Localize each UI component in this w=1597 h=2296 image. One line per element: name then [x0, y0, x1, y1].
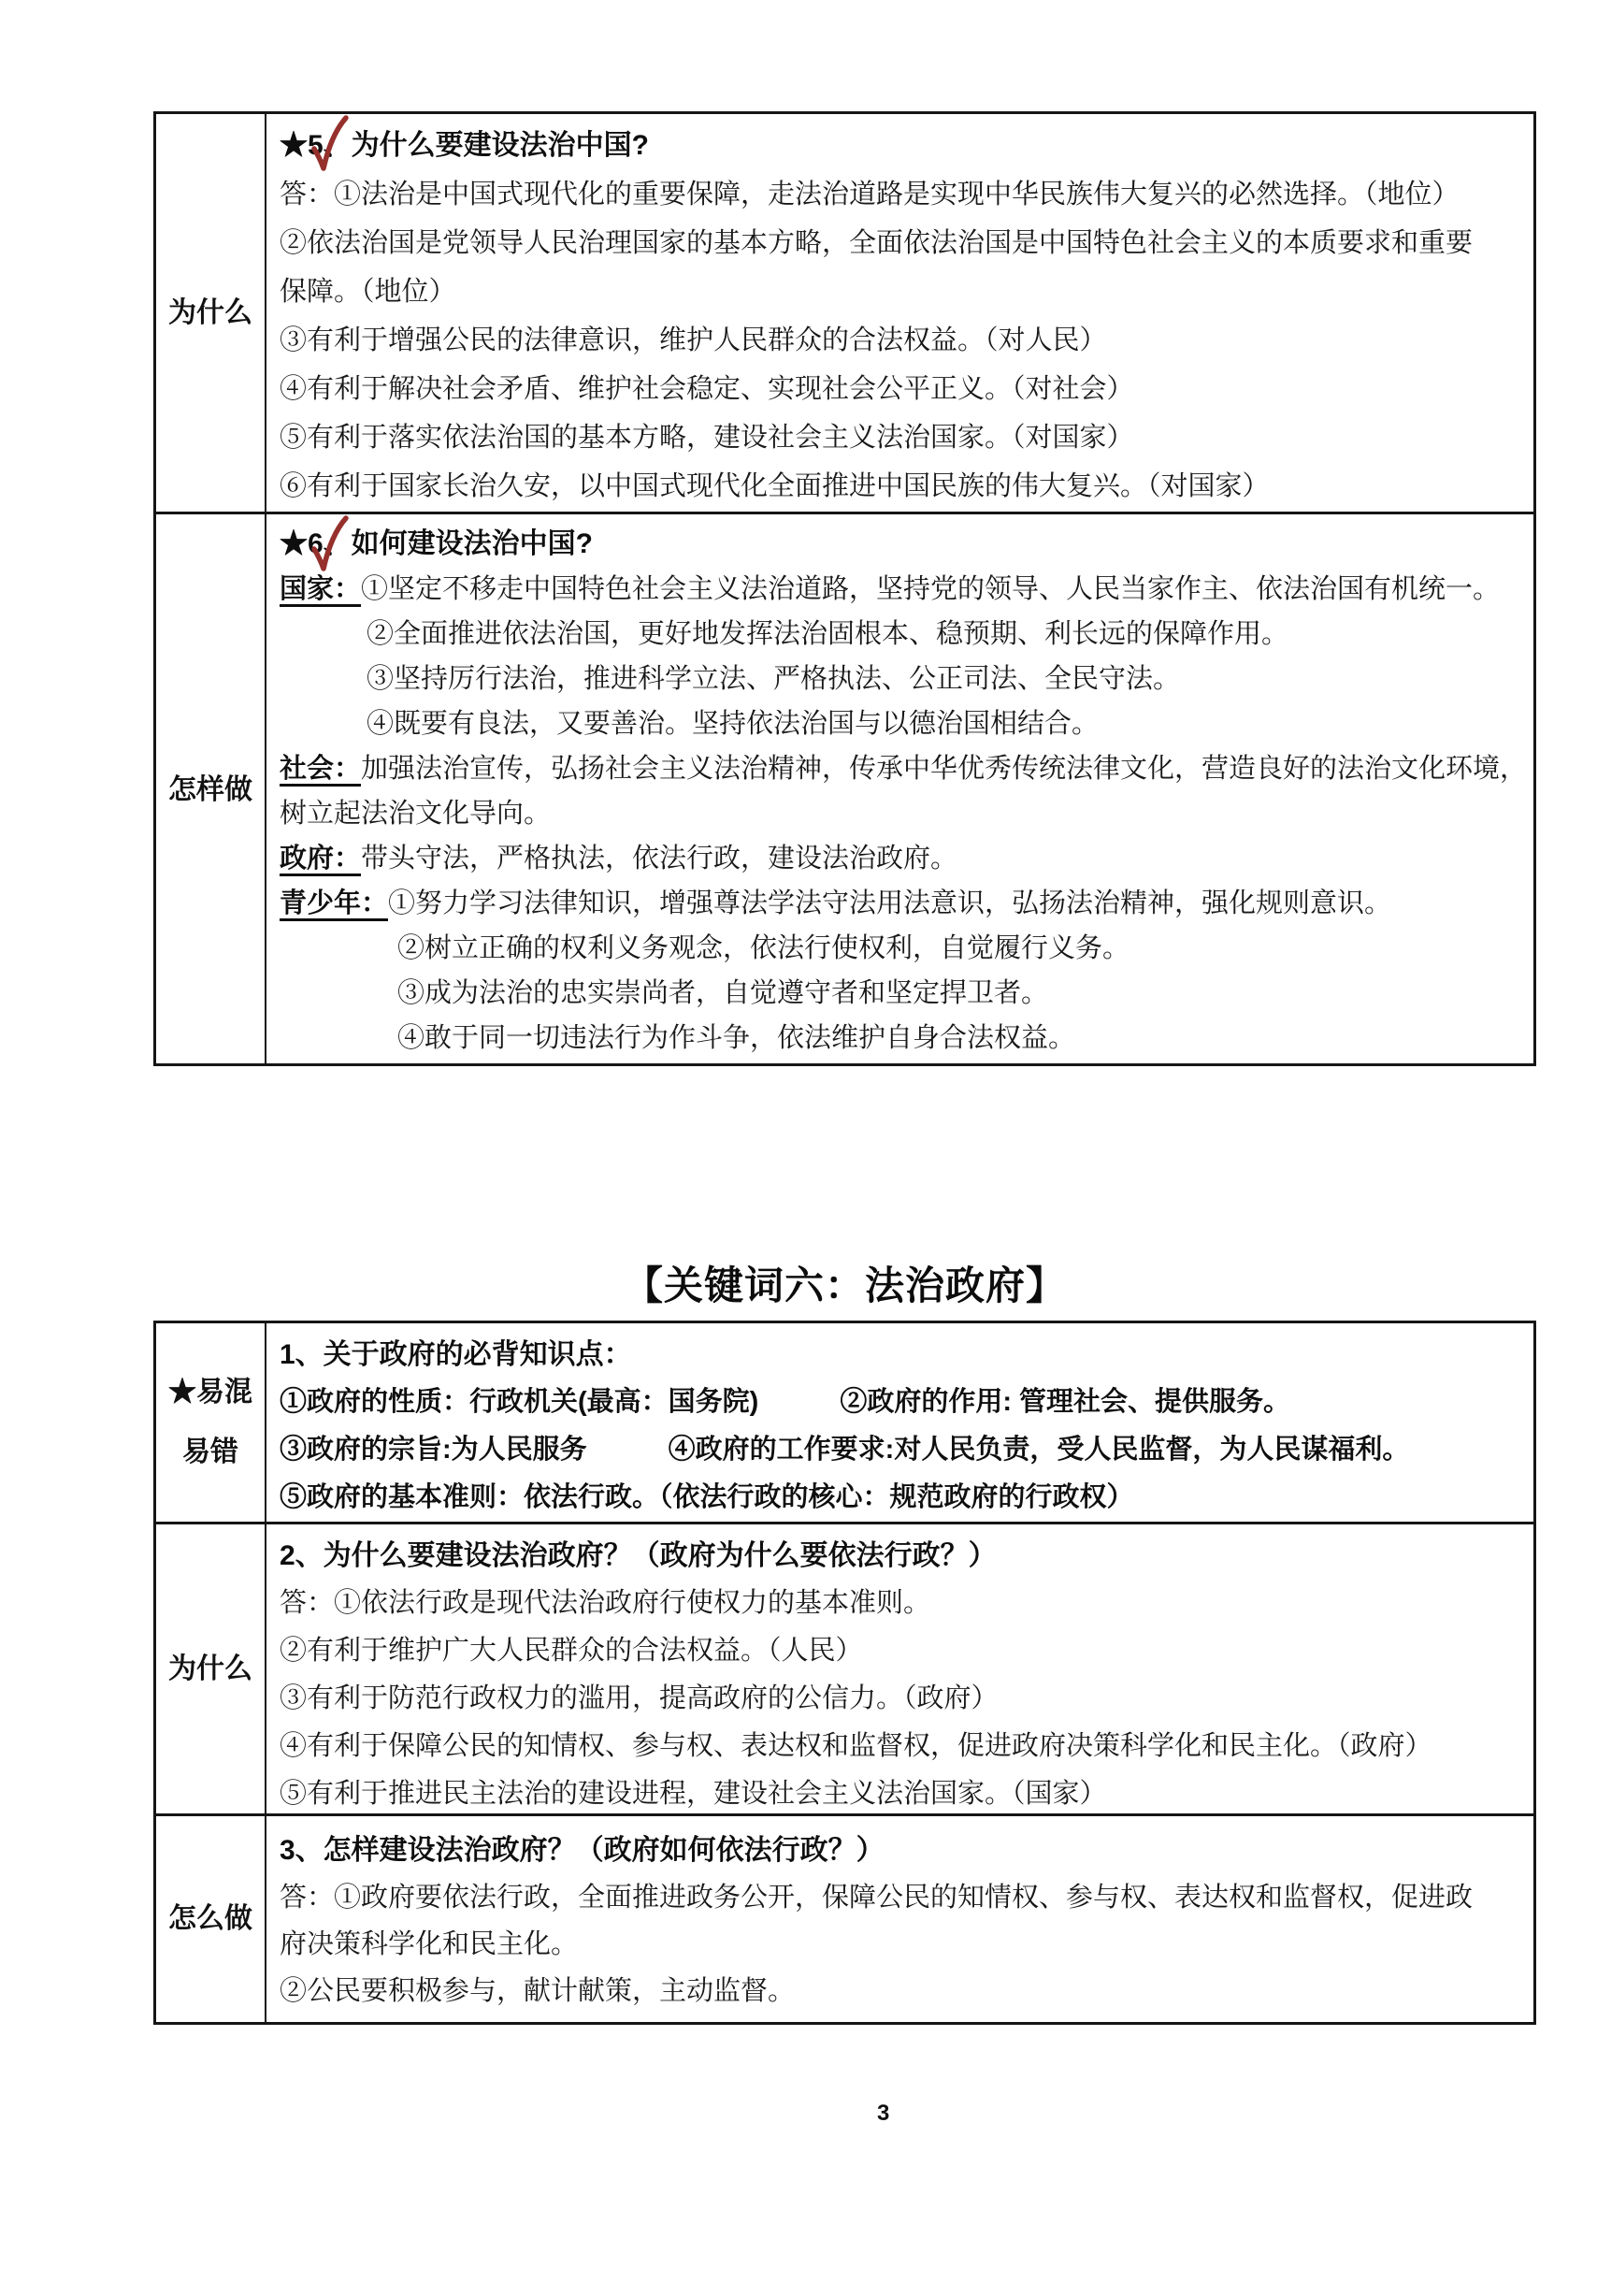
line-text: 树立起法治文化导向。: [280, 799, 551, 829]
line-text: 答：①依法行政是现代法治政府行使权力的基本准则。: [280, 1588, 930, 1618]
content-line: 政府：带头守法，严格执法，依法行政，建设法治政府。: [280, 836, 1530, 881]
line-text: ①坚定不移走中国特色社会主义法治道路，坚持党的领导、人民当家作主、依法治国有机统…: [361, 574, 1500, 604]
question-title: ★6、如何建设法治中国?: [280, 522, 1530, 567]
content-line: ③有利于增强公民的法律意识，维护人民群众的合法权益。（对人民）: [280, 316, 1530, 365]
line-text: 保障。（地位）: [280, 277, 456, 307]
line-text: ★5、为什么要建设法治中国?: [280, 130, 649, 161]
lead-label: 国家：: [280, 574, 361, 604]
content-line: 保障。（地位）: [280, 267, 1530, 316]
line-text: ③有利于增强公民的法律意识，维护人民群众的合法权益。（对人民）: [280, 325, 1107, 355]
line-text: ③有利于防范行政权力的滥用，提高政府的公信力。（政府）: [280, 1683, 999, 1713]
row-label-confusables: ★易混 易错: [156, 1323, 266, 1522]
content-line: ④有利于保障公民的知情权、参与权、表达权和监督权，促进政府决策科学化和民主化。（…: [280, 1723, 1530, 1770]
row-label-text: 为什么: [168, 1639, 252, 1699]
content-line: ③政府的宗旨:为人民服务 ④政府的工作要求:对人民负责，受人民监督，为人民谋福利…: [280, 1426, 1530, 1474]
content-line: ④有利于解决社会矛盾、维护社会稳定、实现社会公平正义。（对社会）: [280, 365, 1530, 413]
content-line: ②依法治国是党领导人民治理国家的基本方略，全面依法治国是中国特色社会主义的本质要…: [280, 219, 1530, 267]
row-content-how: ★6、如何建设法治中国?国家：①坚定不移走中国特色社会主义法治道路，坚持党的领导…: [266, 514, 1533, 1066]
content-line: ②树立正确的权利义务观念，依法行使权利，自觉履行义务。: [280, 926, 1530, 971]
content-line: ②公民要积极参与，献计献策，主动监督。: [280, 1968, 1530, 2014]
row-content-confusables: 1、关于政府的必背知识点：①政府的性质：行政机关(最高：国务院) ②政府的作用:…: [266, 1323, 1533, 1522]
content-line: ③有利于防范行政权力的滥用，提高政府的公信力。（政府）: [280, 1675, 1530, 1723]
line-text: ①努力学习法律知识，增强尊法学法守法用法意识，弘扬法治精神，强化规则意识。: [388, 888, 1391, 918]
row-label-text: 怎么做: [168, 1889, 252, 1949]
row-content-why: ★5、为什么要建设法治中国?答：①法治是中国式现代化的重要保障，走法治道路是实现…: [266, 114, 1533, 512]
line-text: ⑤有利于落实依法治国的基本方略，建设社会主义法治国家。（对国家）: [280, 423, 1134, 453]
line-text: ③坚持厉行法治，推进科学立法、严格执法、公正司法、全民守法。: [367, 664, 1180, 694]
line-text: 2、为什么要建设法治政府？（政府为什么要依法行政？）: [280, 1540, 997, 1571]
line-text: 1、关于政府的必背知识点：: [280, 1339, 632, 1370]
content-line: ③坚持厉行法治，推进科学立法、严格执法、公正司法、全民守法。: [280, 657, 1530, 701]
content-line: 社会：加强法治宣传，弘扬社会主义法治精神，传承中华优秀传统法律文化，营造良好的法…: [280, 746, 1530, 791]
row-content-how-gov: 3、怎样建设法治政府？（政府如何依法行政？）答：①政府要依法行政，全面推进政务公…: [266, 1816, 1533, 2022]
content-line: 答：①法治是中国式现代化的重要保障，走法治道路是实现中华民族伟大复兴的必然选择。…: [280, 170, 1530, 219]
question-title: ★5、为什么要建设法治中国?: [280, 122, 1530, 170]
content-line: 国家：①坚定不移走中国特色社会主义法治道路，坚持党的领导、人民当家作主、依法治国…: [280, 567, 1530, 612]
row-label-why: 为什么: [156, 114, 266, 512]
table-row-why-gov: 为什么 2、为什么要建设法治政府？（政府为什么要依法行政？）答：①依法行政是现代…: [156, 1524, 1533, 1816]
content-line: 树立起法治文化导向。: [280, 791, 1530, 836]
line-text: ④有利于保障公民的知情权、参与权、表达权和监督权，促进政府决策科学化和民主化。（…: [280, 1731, 1432, 1761]
section-heading: 【关键词六：法治政府】: [153, 1255, 1536, 1311]
row-label-text: 怎样做: [168, 760, 252, 820]
line-text: 府决策科学化和民主化。: [280, 1929, 578, 1959]
page-number: 3: [877, 2101, 889, 2127]
line-text: ②树立正确的权利义务观念，依法行使权利，自觉履行义务。: [397, 933, 1129, 963]
line-text: 带头守法，严格执法，依法行政，建设法治政府。: [361, 844, 957, 874]
question-title: 1、关于政府的必背知识点：: [280, 1331, 1530, 1379]
table-rule-of-law-government: ★易混 易错 1、关于政府的必背知识点：①政府的性质：行政机关(最高：国务院) …: [153, 1321, 1536, 2025]
document-page: 为什么 ★5、为什么要建设法治中国?答：①法治是中国式现代化的重要保障，走法治道…: [0, 0, 1597, 2296]
line-text: ④既要有良法，又要善治。坚持依法治国与以德治国相结合。: [367, 709, 1099, 739]
line-text: ★6、如何建设法治中国?: [280, 528, 593, 559]
line-text: ⑤政府的基本准则：依法行政。（依法行政的核心：规范政府的行政权）: [280, 1482, 1134, 1512]
row-label-how: 怎样做: [156, 514, 266, 1066]
table-row-how: 怎样做 ★6、如何建设法治中国?国家：①坚定不移走中国特色社会主义法治道路，坚持…: [156, 514, 1533, 1066]
line-text: ③成为法治的忠实崇尚者，自觉遵守者和坚定捍卫者。: [397, 978, 1048, 1008]
table-rule-of-law-china: 为什么 ★5、为什么要建设法治中国?答：①法治是中国式现代化的重要保障，走法治道…: [153, 111, 1536, 1066]
content-line: 答：①依法行政是现代法治政府行使权力的基本准则。: [280, 1580, 1530, 1627]
content-line: ③成为法治的忠实崇尚者，自觉遵守者和坚定捍卫者。: [280, 971, 1530, 1016]
lead-label: 政府：: [280, 844, 361, 874]
line-text: 加强法治宣传，弘扬社会主义法治精神，传承中华优秀传统法律文化，营造良好的法治文化…: [361, 754, 1527, 784]
content-line: ⑤有利于推进民主法治的建设进程，建设社会主义法治国家。（国家）: [280, 1770, 1530, 1813]
content-line: ①政府的性质：行政机关(最高：国务院) ②政府的作用: 管理社会、提供服务。: [280, 1379, 1530, 1426]
line-text: 答：①法治是中国式现代化的重要保障，走法治道路是实现中华民族伟大复兴的必然选择。…: [280, 180, 1460, 209]
row-label-text: ★易混 易错: [168, 1363, 252, 1482]
content-line: 府决策科学化和民主化。: [280, 1921, 1530, 1968]
line-text: ⑤有利于推进民主法治的建设进程，建设社会主义法治国家。（国家）: [280, 1779, 1107, 1809]
table-row-confusables: ★易混 易错 1、关于政府的必背知识点：①政府的性质：行政机关(最高：国务院) …: [156, 1323, 1533, 1524]
line-text: ④敢于同一切违法行为作斗争，依法维护自身合法权益。: [397, 1023, 1075, 1053]
line-text: ⑥有利于国家长治久安，以中国式现代化全面推进中国民族的伟大复兴。（对国家）: [280, 471, 1270, 501]
row-content-why-gov: 2、为什么要建设法治政府？（政府为什么要依法行政？）答：①依法行政是现代法治政府…: [266, 1524, 1533, 1813]
question-title: 3、怎样建设法治政府？（政府如何依法行政？）: [280, 1827, 1530, 1874]
content-line: ⑥有利于国家长治久安，以中国式现代化全面推进中国民族的伟大复兴。（对国家）: [280, 462, 1530, 511]
line-text: ②有利于维护广大人民群众的合法权益。（人民）: [280, 1636, 863, 1666]
question-title: 2、为什么要建设法治政府？（政府为什么要依法行政？）: [280, 1532, 1530, 1580]
row-label-text: 为什么: [168, 283, 252, 343]
content-line: ②全面推进依法治国，更好地发挥法治固根本、稳预期、利长远的保障作用。: [280, 612, 1530, 657]
line-text: ②依法治国是党领导人民治理国家的基本方略，全面依法治国是中国特色社会主义的本质要…: [280, 228, 1473, 258]
content-line: 答：①政府要依法行政，全面推进政务公开，保障公民的知情权、参与权、表达权和监督权…: [280, 1874, 1530, 1921]
content-line: ⑤政府的基本准则：依法行政。（依法行政的核心：规范政府的行政权）: [280, 1474, 1530, 1522]
line-text: 答：①政府要依法行政，全面推进政务公开，保障公民的知情权、参与权、表达权和监督权…: [280, 1883, 1473, 1913]
line-text: ④有利于解决社会矛盾、维护社会稳定、实现社会公平正义。（对社会）: [280, 374, 1134, 404]
line-text: ①政府的性质：行政机关(最高：国务院) ②政府的作用: 管理社会、提供服务。: [280, 1387, 1290, 1417]
table-row-why: 为什么 ★5、为什么要建设法治中国?答：①法治是中国式现代化的重要保障，走法治道…: [156, 114, 1533, 514]
row-label-how-gov: 怎么做: [156, 1816, 266, 2022]
content-line: 青少年：①努力学习法律知识，增强尊法学法守法用法意识，弘扬法治精神，强化规则意识…: [280, 881, 1530, 926]
table-row-how-gov: 怎么做 3、怎样建设法治政府？（政府如何依法行政？）答：①政府要依法行政，全面推…: [156, 1816, 1533, 2022]
line-text: ②公民要积极参与，献计献策，主动监督。: [280, 1976, 795, 2006]
line-text: 3、怎样建设法治政府？（政府如何依法行政？）: [280, 1835, 885, 1866]
line-text: ③政府的宗旨:为人民服务 ④政府的工作要求:对人民负责，受人民监督，为人民谋福利…: [280, 1435, 1409, 1465]
content-line: ②有利于维护广大人民群众的合法权益。（人民）: [280, 1627, 1530, 1675]
line-text: ②全面推进依法治国，更好地发挥法治固根本、稳预期、利长远的保障作用。: [367, 619, 1288, 649]
content-line: ⑤有利于落实依法治国的基本方略，建设社会主义法治国家。（对国家）: [280, 413, 1530, 462]
content-line: ④既要有良法，又要善治。坚持依法治国与以德治国相结合。: [280, 701, 1530, 746]
lead-label: 社会：: [280, 754, 361, 784]
lead-label: 青少年：: [280, 888, 388, 918]
content-line: ④敢于同一切违法行为作斗争，依法维护自身合法权益。: [280, 1016, 1530, 1061]
row-label-why-gov: 为什么: [156, 1524, 266, 1813]
